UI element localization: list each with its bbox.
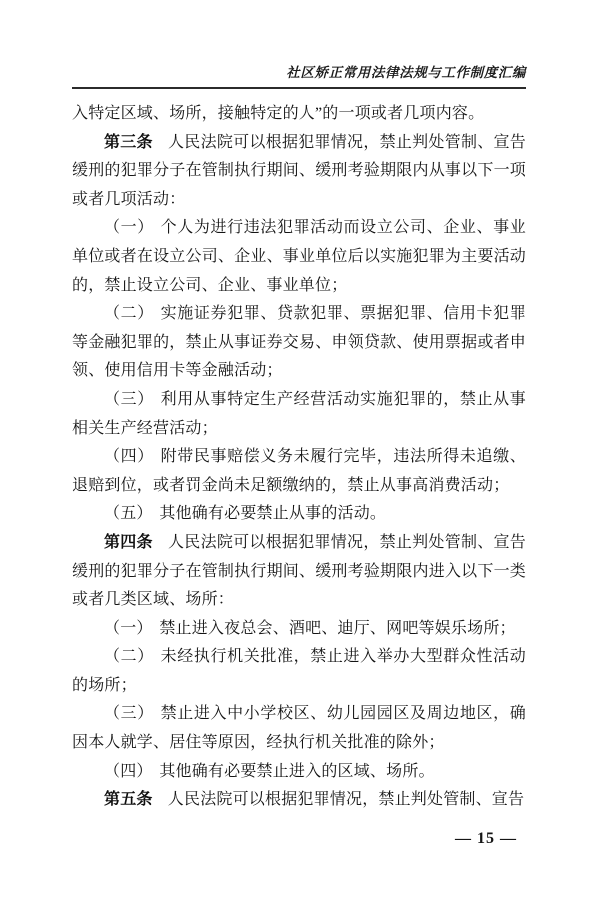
paragraph: （二）实施证券犯罪、贷款犯罪、票据犯罪、信用卡犯罪等金融犯罪的，禁止从事证券交易…	[72, 300, 526, 386]
paragraph-text: 入特定区域、场所，接触特定的人”的一项或者几项内容。	[72, 105, 484, 122]
running-header: 社区矫正常用法律法规与工作制度汇编	[72, 61, 526, 81]
item-number: （一）	[104, 620, 153, 637]
running-header-title: 社区矫正常用法律法规与工作制度汇编	[286, 65, 526, 80]
paragraph-text: 其他确有必要禁止进入的区域、场所。	[159, 763, 434, 780]
document-page: 社区矫正常用法律法规与工作制度汇编 入特定区域、场所，接触特定的人”的一项或者几…	[0, 0, 600, 900]
paragraph-text: 其他确有必要禁止从事的活动。	[159, 505, 386, 522]
item-number: （一）	[104, 219, 154, 236]
paragraph: 第四条人民法院可以根据犯罪情况，禁止判处管制、宣告缓刑的犯罪分子在管制执行期间、…	[72, 529, 526, 615]
paragraph: （一）禁止进入夜总会、酒吧、迪厅、网吧等娱乐场所；	[72, 615, 526, 644]
paragraph: 第三条人民法院可以根据犯罪情况，禁止判处管制、宣告缓刑的犯罪分子在管制执行期间、…	[72, 129, 526, 215]
paragraph: （三）禁止进入中小学校区、幼儿园园区及周边地区，确因本人就学、居住等原因，经执行…	[72, 700, 526, 757]
paragraph-text: 人民法院可以根据犯罪情况，禁止判处管制、宣告	[168, 791, 524, 808]
item-number: （四）	[104, 763, 153, 780]
item-number: （四）	[104, 448, 154, 465]
page-number: — 15 —	[72, 830, 526, 848]
paragraph: （四）其他确有必要禁止进入的区域、场所。	[72, 758, 526, 787]
paragraph: （四）附带民事赔偿义务未履行完毕，违法所得未追缴、退赔到位，或者罚金尚未足额缴纳…	[72, 443, 526, 500]
paragraph: 第五条人民法院可以根据犯罪情况，禁止判处管制、宣告	[72, 786, 526, 815]
paragraph-text: 禁止进入夜总会、酒吧、迪厅、网吧等娱乐场所；	[159, 620, 515, 637]
header-rule	[72, 87, 526, 89]
paragraph: （一）个人为进行违法犯罪活动而设立公司、企业、事业单位或者在设立公司、企业、事业…	[72, 214, 526, 300]
article-number: 第四条	[104, 534, 153, 551]
item-number: （三）	[104, 705, 154, 722]
article-number: 第五条	[104, 791, 153, 808]
item-number: （五）	[104, 505, 153, 522]
article-number: 第三条	[104, 134, 153, 151]
item-number: （三）	[104, 391, 154, 408]
paragraph: （三）利用从事特定生产经营活动实施犯罪的，禁止从事相关生产经营活动；	[72, 386, 526, 443]
paragraph: 入特定区域、场所，接触特定的人”的一项或者几项内容。	[72, 100, 526, 129]
item-number: （二）	[104, 305, 154, 322]
document-body: 入特定区域、场所，接触特定的人”的一项或者几项内容。第三条人民法院可以根据犯罪情…	[72, 100, 526, 815]
paragraph: （二）未经执行机关批准，禁止进入举办大型群众性活动的场所；	[72, 643, 526, 700]
paragraph: （五）其他确有必要禁止从事的活动。	[72, 500, 526, 529]
page-number-text: — 15 —	[455, 830, 517, 847]
item-number: （二）	[104, 648, 154, 665]
